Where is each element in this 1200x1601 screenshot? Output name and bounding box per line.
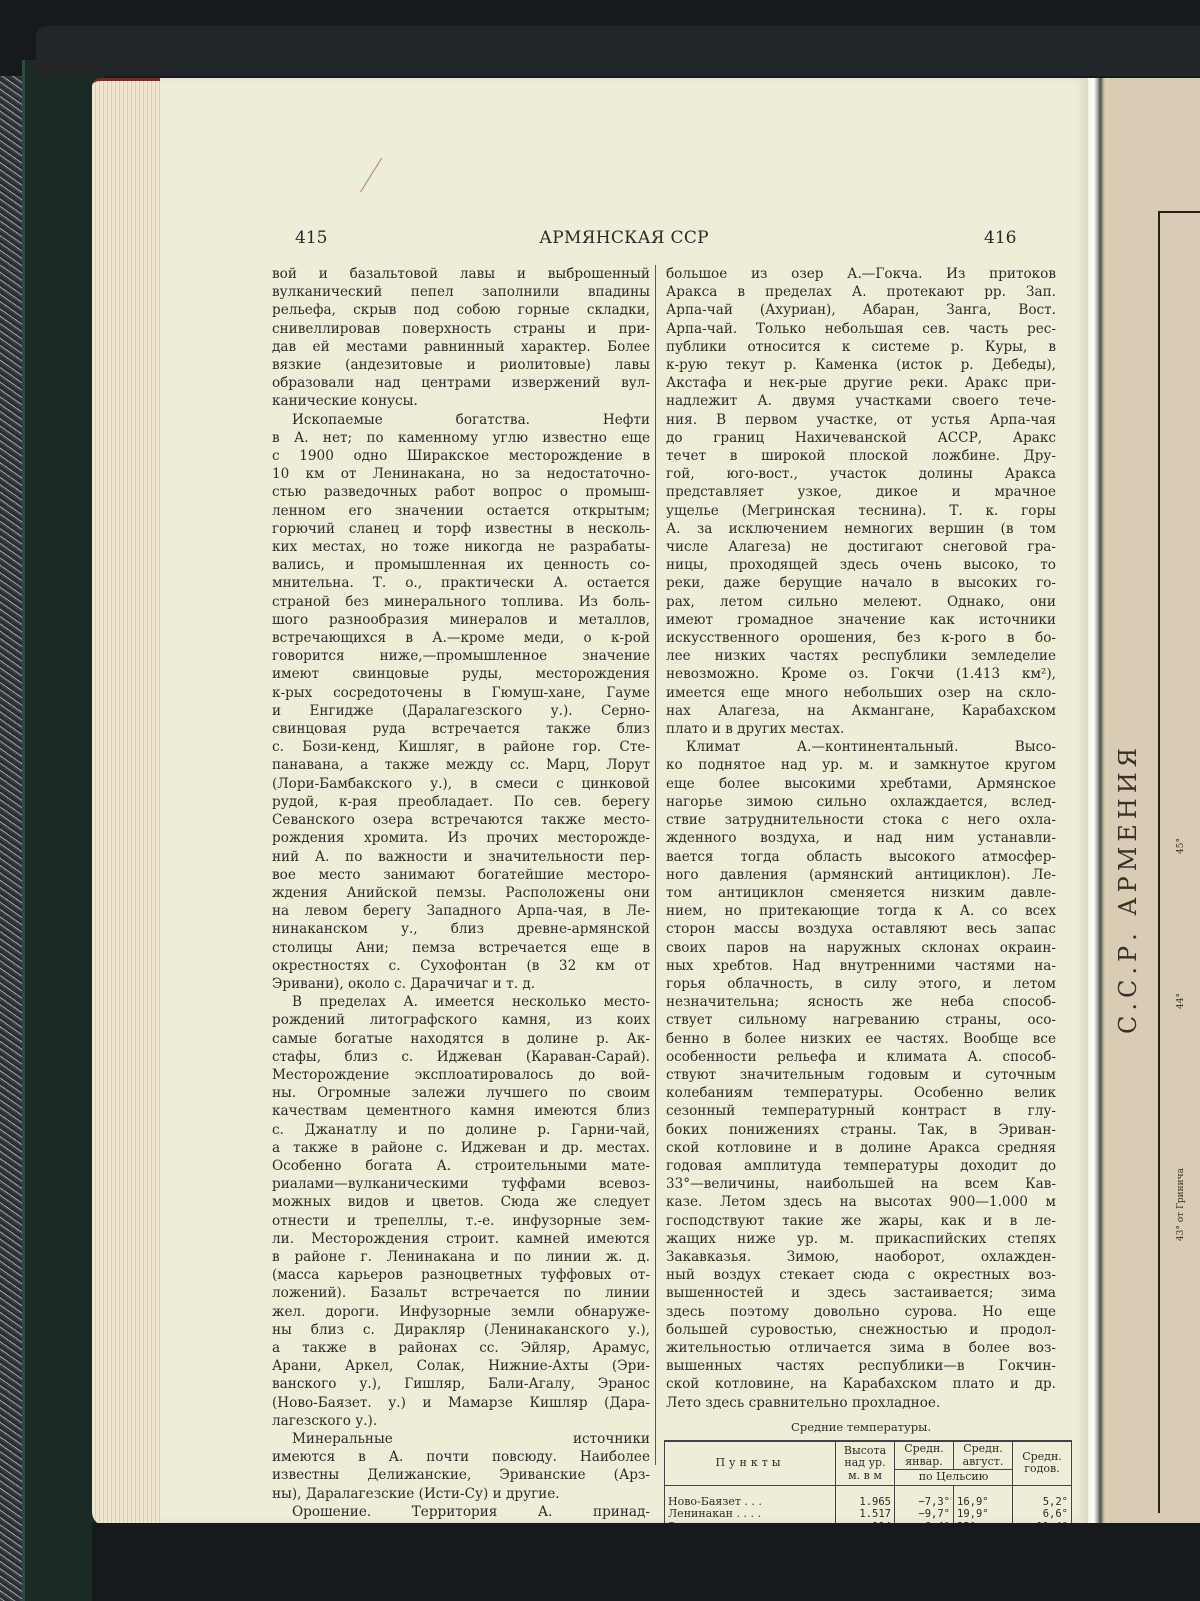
text-line: ущелье (Мегринская теснина). Т. к. горы <box>666 502 1056 520</box>
text-line: Ископаемые богатства. Нефти <box>272 411 650 429</box>
text-line: ко поднятое над ур. м. и замкнутое круго… <box>666 756 1056 774</box>
header-celsius: по Цельсию <box>895 1470 1013 1486</box>
text-line: (Лори-Бамбакского у.), в смеси с цинково… <box>272 775 650 793</box>
table-caption: Средние температуры. <box>666 1418 1056 1436</box>
cell-jan: −7,3° <box>895 1485 954 1508</box>
text-line: рождения хромита. Из прочих месторожде- <box>272 829 650 847</box>
text-line: незначительна; ясность же неба способ- <box>666 993 1056 1011</box>
text-line: можных видов и цветов. Сюда же следует <box>272 1193 650 1211</box>
folded-map-page: С.С.Р. АРМЕНИЯ 45° 44° 43° от Гринича <box>1108 78 1200 1523</box>
text-line: надлежит А. двумя участками своего тече- <box>666 392 1056 410</box>
text-line: Эривани), около с. Дарачичаг и т. д. <box>272 975 650 993</box>
text-line: ный воздух стекает сюда с окрестных воз- <box>666 1266 1056 1284</box>
text-line: 33°—величины, наибольшей на всем Кав- <box>666 1175 1056 1193</box>
text-line: отнести и трепеллы, т.-е. инфузорные зем… <box>272 1212 650 1230</box>
text-line: известны Делижанские, Эриванские (Арз- <box>272 1466 650 1484</box>
cell-jan: −9,7° <box>895 1508 954 1521</box>
text-line: числе Алагеза) не достигают снеговой гра… <box>666 538 1056 556</box>
text-line: рождений литографского камня, из коих <box>272 1011 650 1029</box>
text-line: имеются в А. почти повсюду. Наиболее <box>272 1448 650 1466</box>
header-aug: Средн. август. <box>954 1441 1013 1470</box>
text-line: имеют громадное значение как источники <box>666 611 1056 629</box>
map-frame <box>1158 211 1200 1513</box>
text-line: Орошение. Территория А. принад- <box>272 1503 650 1521</box>
text-line: вались, и промышленная их ценность со- <box>272 556 650 574</box>
text-line: жащих ниже ур. м. прикаспийских степях <box>666 1230 1056 1248</box>
text-line: ких местах, но тоже никогда не разрабаты… <box>272 538 650 556</box>
text-line: свинцовая руда встречается также близ <box>272 720 650 738</box>
text-line: плато и в других местах. <box>666 720 1056 738</box>
text-line: том антициклон сменяется низким давле- <box>666 884 1056 902</box>
book-page: 415 АРМЯНСКАЯ ССР 416 вой и базальтовой … <box>160 78 1088 1523</box>
text-line: Месторождение эксплоатировалось до вой- <box>272 1066 650 1084</box>
text-line: лее низких частях республики земледелие <box>666 647 1056 665</box>
text-line: встречающихся в А.—кроме меди, о к-рой <box>272 629 650 647</box>
text-line: господствуют такие же жары, как и в ле- <box>666 1212 1056 1230</box>
map-degree-44: 44° <box>1176 993 1186 1009</box>
text-line: образовали над центрами извержений вул- <box>272 374 650 392</box>
text-line: нах Алагеза, на Акмангане, Карабахском <box>666 702 1056 720</box>
marble-endpaper <box>0 76 22 1601</box>
text-line: с. Бози-кенд, Кишляг, в районе гор. Сте- <box>272 738 650 756</box>
text-line: Климат А.—континентальный. Высо- <box>666 738 1056 756</box>
text-line: с. Джанатлу и по долине р. Гарни-чай, <box>272 1121 650 1139</box>
text-line: вой и базальтовой лавы и выброшенный <box>272 265 650 283</box>
text-line: реки, даже берущие начало в высоких го- <box>666 574 1056 592</box>
text-line: лагезского у.). <box>272 1412 650 1430</box>
book-gutter <box>1088 78 1108 1523</box>
text-line: ложений). Базальт встречается по линии <box>272 1284 650 1302</box>
text-line: особенности рельефа и климата А. способ- <box>666 1048 1056 1066</box>
text-line: (Ново-Баязет. у.) и Мамарзе Кишляр (Дара… <box>272 1394 650 1412</box>
text-line: рудой, к-рая преобладает. По сев. берегу <box>272 793 650 811</box>
text-line: 10 км от Ленинакана, но за недостаточно- <box>272 465 650 483</box>
cell-place: Ленинакан . . . . <box>665 1508 836 1521</box>
text-line: бенно в более низких ее частях. Вообще в… <box>666 1030 1056 1048</box>
text-line: ской котловине, на Карабахском плато и д… <box>666 1375 1056 1393</box>
text-line: А. за исключением немногих вершин (в том <box>666 520 1056 538</box>
text-line: сезонный температурный контраст в глу- <box>666 1102 1056 1120</box>
text-line: колебаниям температуры. Особенно велик <box>666 1084 1056 1102</box>
text-line: гой, юго-вост., участок долины Аракса <box>666 465 1056 483</box>
text-column-left: вой и базальтовой лавы и выброшенныйвулк… <box>272 265 650 1576</box>
text-line: жел. дороги. Инфузорные земли обнаруже- <box>272 1303 650 1321</box>
text-line: ны близ с. Диракляр (Ленинаканского у.), <box>272 1321 650 1339</box>
text-line: на левом берегу Западного Арпа-чая, в Ле… <box>272 902 650 920</box>
text-line: Арпа-чай. Только небольшая сев. часть ре… <box>666 320 1056 338</box>
text-line: ны. Огромные залежи лучшего по своим <box>272 1084 650 1102</box>
text-line: ний А. по важности и значительности пер- <box>272 848 650 866</box>
text-line: а также в районах сс. Эйляр, Арамус, <box>272 1339 650 1357</box>
text-line: рельефа, скрыв под собою горные складки, <box>272 301 650 319</box>
text-line: ской котловине и в долине Аракса средняя <box>666 1139 1056 1157</box>
text-line: представляет узкое, дикое и мрачное <box>666 483 1056 501</box>
running-title: АРМЯНСКАЯ ССР <box>160 228 1088 248</box>
text-line: Минеральные источники <box>272 1430 650 1448</box>
text-line: Лето здесь сравнительно прохладное. <box>666 1394 1056 1412</box>
text-line: горья облачность, в силу этого, и летом <box>666 975 1056 993</box>
cell-annual: 6,6° <box>1013 1508 1072 1521</box>
text-line: казе. Летом здесь на высотах 900—1.000 м <box>666 1193 1056 1211</box>
text-line: Арани, Аркел, Солак, Нижние-Ахты (Эри- <box>272 1357 650 1375</box>
text-line: ного давления (армянский антициклон). Ле… <box>666 866 1056 884</box>
text-line: нием, но притекающие тогда к А. со всех <box>666 902 1056 920</box>
text-line: ли. Месторождения строит. камней имеются <box>272 1230 650 1248</box>
text-line: Акстафа и нек-рые другие реки. Аракс при… <box>666 374 1056 392</box>
header-annual: Средн. годов. <box>1013 1441 1072 1485</box>
map-degree-43: 43° от Гринича <box>1176 1168 1186 1241</box>
book-cover-bottom <box>92 1523 1200 1601</box>
page-number-right: 416 <box>984 228 1016 248</box>
text-line: говорится ниже,—промышленное значение <box>272 647 650 665</box>
text-line: жительностью отличается зима в более воз… <box>666 1339 1056 1357</box>
text-line: течет в широкой плоской ложбине. Дру- <box>666 447 1056 465</box>
text-line: снивеллировав поверхность страны и при- <box>272 320 650 338</box>
map-degree-45: 45° <box>1176 838 1186 854</box>
header-jan: Средн. январ. <box>895 1441 954 1470</box>
text-line: горючий сланец и торф известны в несколь… <box>272 520 650 538</box>
text-line: канические конусы. <box>272 392 650 410</box>
text-line: дав ей местами равнинный характер. Более <box>272 338 650 356</box>
text-line: в районе г. Ленинакана и по линии ж. д. <box>272 1248 650 1266</box>
text-line: вязкие (андезитовые и риолитовые) лавы <box>272 356 650 374</box>
text-line: ждения Анийской пемзы. Расположены они <box>272 884 650 902</box>
text-line: жденного воздуха, и над ним устанавли- <box>666 829 1056 847</box>
text-line: невозможно. Кроме оз. Гокчи (1.413 км²), <box>666 665 1056 683</box>
text-line: в А. нет; по каменному углю известно еще <box>272 429 650 447</box>
text-line: риалами—вулканическими туффами всевоз- <box>272 1175 650 1193</box>
column-divider <box>655 265 656 1465</box>
text-line: нагорье зимою сильно охлаждается, вслед- <box>666 793 1056 811</box>
page-corner-fold <box>338 158 382 192</box>
text-line: Севанского озера встречаются также место… <box>272 811 650 829</box>
text-line: вулканический пепел заполнили впадины <box>272 283 650 301</box>
text-line: искусственного орошения, без к-рого в бо… <box>666 629 1056 647</box>
text-line: до границ Нахичеванской АССР, Аракс <box>666 429 1056 447</box>
text-line: Арпа-чай (Ахуриан), Абаран, Занга, Вост. <box>666 301 1056 319</box>
text-line: Закавказья. Зимою, наоборот, охлажден- <box>666 1248 1056 1266</box>
text-line: вается тогда область высокого атмосфер- <box>666 848 1056 866</box>
text-line: Особенно богата А. строительными мате- <box>272 1157 650 1175</box>
text-line: (масса карьеров разноцветных туффовых от… <box>272 1266 650 1284</box>
header-place: Пункты <box>665 1441 836 1485</box>
text-line: имеют свинцовые руды, месторождения <box>272 665 650 683</box>
book-cover-top <box>36 26 1200 76</box>
text-line: нинаканском у., близ древне-армянской <box>272 920 650 938</box>
map-title: С.С.Р. АРМЕНИЯ <box>1108 728 1148 1048</box>
text-line: рах, летом сильно мелеют. Однако, они <box>666 593 1056 611</box>
text-line: с 1900 одно Ширакское месторождение в <box>272 447 650 465</box>
text-line: а также в районе с. Иджеван и др. местах… <box>272 1139 650 1157</box>
text-line: большей суровостью, снежностью и продол- <box>666 1321 1056 1339</box>
text-line: и Енгидже (Даралагезского у.). Серно- <box>272 702 650 720</box>
text-line: столицы Ани; пемза встречается еще в <box>272 939 650 957</box>
header-altitude: Высота над ур. м. в м <box>836 1441 895 1485</box>
text-line: ных хребтов. Над внутренними частями на- <box>666 957 1056 975</box>
text-line: панавана, а также между сс. Марц, Лорут <box>272 756 650 774</box>
text-line: В пределах А. имеется несколько место- <box>272 993 650 1011</box>
text-line: страной без минерального топлива. Из бол… <box>272 593 650 611</box>
text-line: ния. В первом участке, от устья Арпа-чая <box>666 411 1056 429</box>
text-line: боких понижениях страны. Так, в Эриван- <box>666 1121 1056 1139</box>
text-line: своих паров на наружных склонах окраин- <box>666 939 1056 957</box>
text-line: годовая амплитуда температуры доходит до <box>666 1157 1056 1175</box>
text-line: качествам цементного камня имеются близ <box>272 1102 650 1120</box>
text-line: вышенных частях республики—в Гокчин- <box>666 1357 1056 1375</box>
text-line: стью разведочных работ вопрос о промыш- <box>272 483 650 501</box>
cell-altitude: 1.517 <box>836 1508 895 1521</box>
text-line: здесь поэтому довольно сурова. Но еще <box>666 1303 1056 1321</box>
right-column-text: большое из озер А.—Гокча. Из притоковАра… <box>666 265 1056 1412</box>
page-edges <box>92 78 164 1526</box>
text-line: ванского у.), Гишляр, Бали-Агалу, Эранос <box>272 1375 650 1393</box>
text-line: самые богатые находятся в долине р. Ак- <box>272 1030 650 1048</box>
text-line: окрестностях с. Сухофонтан (в 32 км от <box>272 957 650 975</box>
text-line: имеется еще много небольших озер на скло… <box>666 684 1056 702</box>
text-line: мнительна. Т. о., практически А. остаетс… <box>272 574 650 592</box>
text-line: Аракса в пределах А. протекают рр. Зап. <box>666 283 1056 301</box>
text-line: публики относится к системе р. Куры, в <box>666 338 1056 356</box>
text-line: ленном его значении остается открытым; <box>272 502 650 520</box>
text-line: ствует сильному нагреванию страны, осо- <box>666 1011 1056 1029</box>
cell-annual: 5,2° <box>1013 1485 1072 1508</box>
text-line: к-рых сосредоточены в Гюмуш-хане, Гауме <box>272 684 650 702</box>
text-line: ствуют значительным годовым и суточным <box>666 1066 1056 1084</box>
cell-aug: 19,9° <box>954 1508 1013 1521</box>
text-line: шого разнообразия минералов и металлов, <box>272 611 650 629</box>
cell-altitude: 1.965 <box>836 1485 895 1508</box>
cell-place: Ново-Баязет . . . <box>665 1485 836 1508</box>
table-row: Ново-Баязет . . . 1.965 −7,3° 16,9° 5,2° <box>665 1485 1072 1508</box>
text-column-right: большое из озер А.—Гокча. Из притоковАра… <box>666 265 1056 1552</box>
text-line: ны), Даралагезские (Исти-Су) и другие. <box>272 1485 650 1503</box>
text-line: еще более высокими хребтами, Армянское <box>666 775 1056 793</box>
text-line: вышенностей и здесь застаивается; зима <box>666 1284 1056 1302</box>
text-line: стафы, близ с. Иджеван (Караван-Сарай). <box>272 1048 650 1066</box>
cell-aug: 16,9° <box>954 1485 1013 1508</box>
running-head: 415 АРМЯНСКАЯ ССР 416 <box>160 228 1088 252</box>
text-line: ствие затруднительности стока с него охл… <box>666 811 1056 829</box>
text-line: ницы, проходящей здесь очень высоко, то <box>666 556 1056 574</box>
text-line: вое место занимают богатейшие месторо- <box>272 866 650 884</box>
text-line: большое из озер А.—Гокча. Из притоков <box>666 265 1056 283</box>
table-row: Ленинакан . . . . 1.517 −9,7° 19,9° 6,6° <box>665 1508 1072 1521</box>
text-line: к-рую текут р. Каменка (исток р. Дебеды)… <box>666 356 1056 374</box>
text-line: сторон массы воздуха оставляют весь запа… <box>666 920 1056 938</box>
